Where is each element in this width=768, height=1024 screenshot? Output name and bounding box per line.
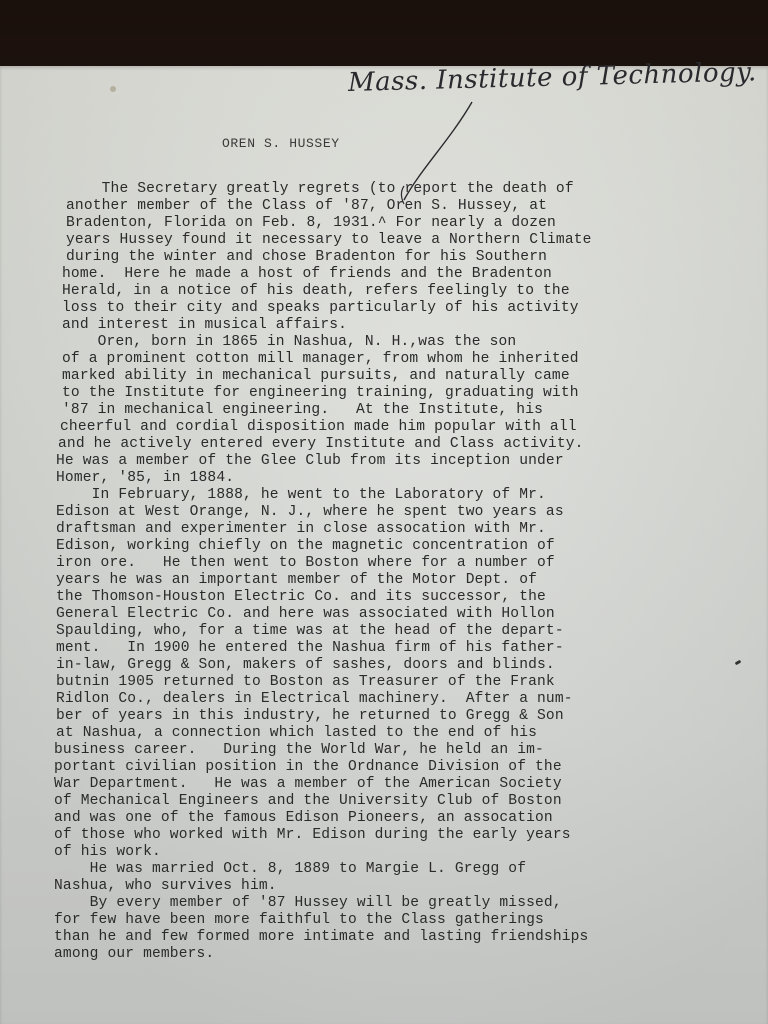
text-line: home. Here he made a host of friends and… <box>62 266 552 283</box>
text-line: and was one of the famous Edison Pioneer… <box>54 810 553 827</box>
text-line: Ridlon Co., dealers in Electrical machin… <box>56 691 573 708</box>
text-line: War Department. He was a member of the A… <box>54 776 562 793</box>
text-line: of a prominent cotton mill manager, from… <box>62 351 579 368</box>
text-line: Herald, in a notice of his death, refers… <box>62 283 570 300</box>
text-line: butnin 1905 returned to Boston as Treasu… <box>56 674 555 691</box>
text-line: during the winter and chose Bradenton fo… <box>66 249 547 266</box>
text-line: and he actively entered every Institute … <box>58 436 584 453</box>
text-line: '87 in mechanical engineering. At the In… <box>62 402 543 419</box>
text-line: He was married Oct. 8, 1889 to Margie L.… <box>54 861 526 878</box>
text-line: Edison, working chiefly on the magnetic … <box>56 538 555 555</box>
text-line: Oren, born in 1865 in Nashua, N. H.,was … <box>62 334 516 351</box>
text-line: Homer, '85, in 1884. <box>56 470 234 487</box>
text-line: to the Institute for engineering trainin… <box>62 385 579 402</box>
text-line: for few have been more faithful to the C… <box>54 912 544 929</box>
text-line: years he was an important member of the … <box>56 572 537 589</box>
text-line: Edison at West Orange, N. J., where he s… <box>56 504 564 521</box>
text-line: Bradenton, Florida on Feb. 8, 1931.^ For… <box>66 215 556 232</box>
text-line: draftsman and experimenter in close asso… <box>56 521 546 538</box>
text-line: The Secretary greatly regrets (to report… <box>66 181 574 198</box>
text-line: In February, 1888, he went to the Labora… <box>56 487 546 504</box>
text-line: By every member of '87 Hussey will be gr… <box>54 895 562 912</box>
text-line: at Nashua, a connection which lasted to … <box>56 725 537 742</box>
text-line: of his work. <box>54 844 161 861</box>
text-line: cheerful and cordial disposition made hi… <box>60 419 577 436</box>
text-line: business career. During the World War, h… <box>54 742 544 759</box>
text-line: than he and few formed more intimate and… <box>54 929 588 946</box>
text-line: iron ore. He then went to Boston where f… <box>56 555 555 572</box>
text-line: Nashua, who survives him. <box>54 878 277 895</box>
text-line: another member of the Class of '87, Oren… <box>66 198 547 215</box>
text-line: portant civilian position in the Ordnanc… <box>54 759 562 776</box>
obituary-title: OREN S. HUSSEY <box>222 136 340 151</box>
text-line: in-law, Gregg & Son, makers of sashes, d… <box>56 657 555 674</box>
text-line: ber of years in this industry, he return… <box>56 708 564 725</box>
text-line: Spaulding, who, for a time was at the he… <box>56 623 564 640</box>
text-line: of Mechanical Engineers and the Universi… <box>54 793 562 810</box>
text-line: years Hussey found it necessary to leave… <box>66 232 592 249</box>
text-line: marked ability in mechanical pursuits, a… <box>62 368 570 385</box>
text-line: loss to their city and speaks particular… <box>62 300 579 317</box>
text-line: among our members. <box>54 946 214 963</box>
text-line: of those who worked with Mr. Edison duri… <box>54 827 571 844</box>
text-line: the Thomson-Houston Electric Co. and its… <box>56 589 546 606</box>
paper-stain <box>110 86 116 92</box>
text-line: ment. In 1900 he entered the Nashua firm… <box>56 640 564 657</box>
text-line: He was a member of the Glee Club from it… <box>56 453 564 470</box>
text-line: and interest in musical affairs. <box>62 317 347 334</box>
text-line: General Electric Co. and here was associ… <box>56 606 555 623</box>
